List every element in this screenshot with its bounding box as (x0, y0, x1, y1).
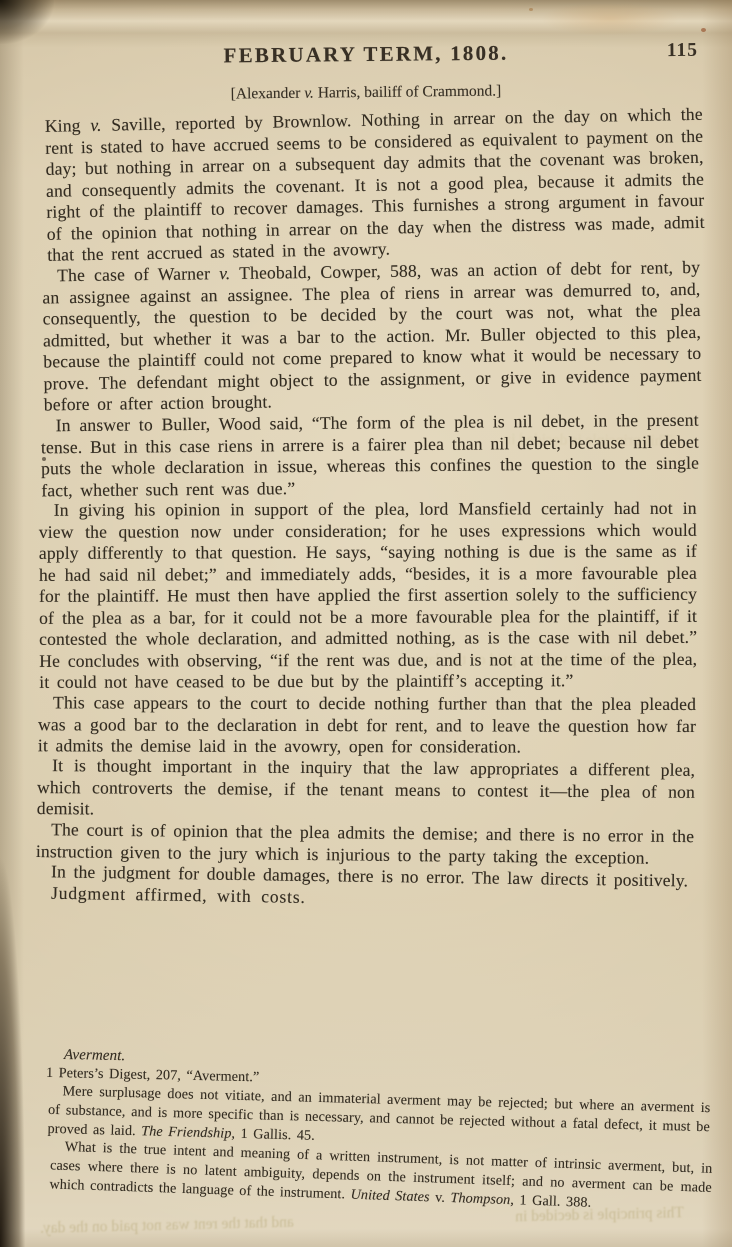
footnote-section: Averment. 1 Peters’s Digest, 207, “Averm… (46, 1046, 708, 1200)
body-paragraph: It is thought important in the inquiry t… (37, 755, 695, 824)
case-caption: [Alexander v. Harris, bailiff of Crammon… (0, 80, 732, 106)
opinion-body: King v. Saville, reported by Brownlow. N… (46, 111, 704, 908)
book-cover-corner (0, 0, 54, 44)
foxing-speck (701, 28, 706, 32)
body-paragraph: The case of Warner v. Theobald, Cowper, … (42, 257, 702, 416)
foxing-speck (529, 8, 533, 11)
body-paragraph: In giving his opinion in support of the … (39, 498, 698, 694)
page-number: 115 (667, 40, 698, 62)
book-page-scan: This principle is decided in and that th… (0, 0, 732, 1247)
body-paragraph: In answer to Buller, Wood said, “The for… (41, 409, 700, 501)
binding-gutter-shadow (0, 687, 40, 1247)
body-paragraph: This case appears to the court to decide… (38, 692, 696, 758)
body-paragraph: King v. Saville, reported by Brownlow. N… (45, 104, 706, 267)
page-bottom-edge-shade (0, 1229, 732, 1247)
paper-stain (540, 2, 680, 36)
